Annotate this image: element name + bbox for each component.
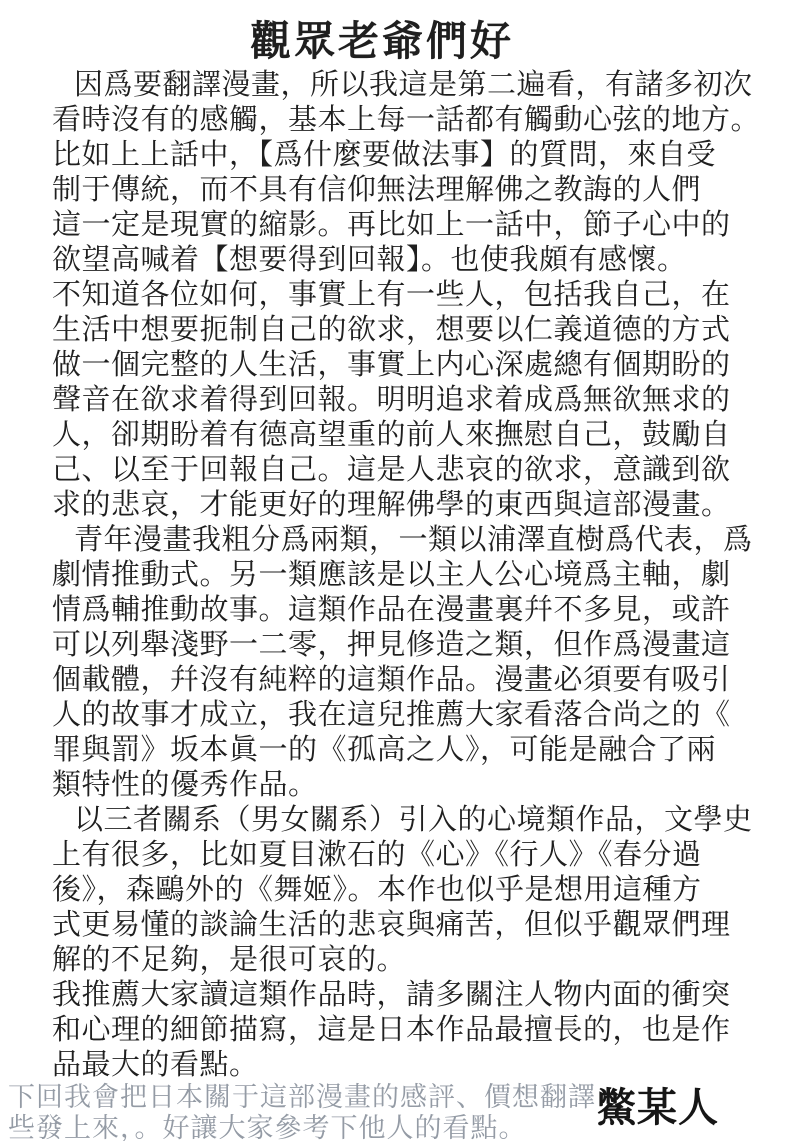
body-line: 可以列舉淺野一二零，押見修造之類，但作爲漫畫這 [52, 628, 768, 663]
signature: 鱉某人 [596, 1076, 719, 1133]
body-line: 欲望高喊着【想要得到回報】。也使我頗有感懷。 [52, 243, 768, 278]
body-line: 個載體，幷沒有純粹的這類作品。漫畫必須要有吸引 [52, 663, 768, 698]
body-line: 劇情推動式。另一類應該是以主人公心境爲主軸，劇 [52, 558, 768, 593]
body-line: 類特性的優秀作品。 [52, 768, 768, 803]
footer-note: 下回我會把日本關于這部漫畫的感評、價想翻譯些發上來，。好讓大家參考下他人的看點。 [8, 1082, 596, 1141]
body-text: 因爲要翻譯漫畫，所以我這是第二遍看，有諸多初次看時沒有的感觸，基本上每一話都有觸… [52, 68, 768, 1083]
footer-line: 下回我會把日本關于這部漫畫的感評、價想翻譯 [8, 1082, 596, 1113]
body-line: 後》，森鷗外的《舞姬》。本作也似乎是想用這種方 [52, 873, 768, 908]
body-line: 上有很多，比如夏目漱石的《心》《行人》《春分過 [52, 838, 768, 873]
body-line: 看時沒有的感觸，基本上每一話都有觸動心弦的地方。 [52, 103, 768, 138]
body-line: 因爲要翻譯漫畫，所以我這是第二遍看，有諸多初次 [52, 68, 768, 103]
body-line: 比如上上話中，【爲什麼要做法事】的質問，來自受 [52, 138, 768, 173]
body-line: 青年漫畫我粗分爲兩類，一類以浦澤直樹爲代表，爲 [52, 523, 768, 558]
body-line: 求的悲哀，才能更好的理解佛學的東西與這部漫畫。 [52, 488, 768, 523]
body-line: 式更易懂的談論生活的悲哀與痛苦，但似乎觀眾們理 [52, 908, 768, 943]
body-line: 解的不足夠，是很可哀的。 [52, 943, 768, 978]
body-line: 人的故事才成立，我在這兒推薦大家看落合尚之的《 [52, 698, 768, 733]
body-line: 我推薦大家讀這類作品時，請多關注人物内面的衝突 [52, 978, 768, 1013]
body-line: 這一定是現實的縮影。再比如上一話中，節子心中的 [52, 208, 768, 243]
body-line: 和心理的細節描寫，這是日本作品最擅長的，也是作 [52, 1013, 768, 1048]
body-line: 制于傳統，而不具有信仰無法理解佛之教誨的人們 [52, 173, 768, 208]
body-line: 情爲輔推動故事。這類作品在漫畫裏幷不多見，或許 [52, 593, 768, 628]
body-line: 生活中想要扼制自己的欲求，想要以仁義道德的方式 [52, 313, 768, 348]
body-line: 做一個完整的人生活，事實上内心深處總有個期盼的 [52, 348, 768, 383]
footer-line: 些發上來，。好讓大家參考下他人的看點。 [8, 1113, 596, 1141]
body-line: 人，卻期盼着有德高望重的前人來撫慰自己，鼓勵自 [52, 418, 768, 453]
body-line: 不知道各位如何，事實上有一些人，包括我自己，在 [52, 278, 768, 313]
body-line: 以三者關系（男女關系）引入的心境類作品，文學史 [52, 803, 768, 838]
body-line: 罪與罰》坂本眞一的《孤高之人》，可能是融合了兩 [52, 733, 768, 768]
body-line: 聲音在欲求着得到回報。明明追求着成爲無欲無求的 [52, 383, 768, 418]
page-title: 觀眾老爺們好 [0, 8, 782, 67]
body-line: 己、以至于回報自己。這是人悲哀的欲求，意識到欲 [52, 453, 768, 488]
translator-note-page: 觀眾老爺們好 因爲要翻譯漫畫，所以我這是第二遍看，有諸多初次看時沒有的感觸，基本… [0, 0, 800, 1141]
